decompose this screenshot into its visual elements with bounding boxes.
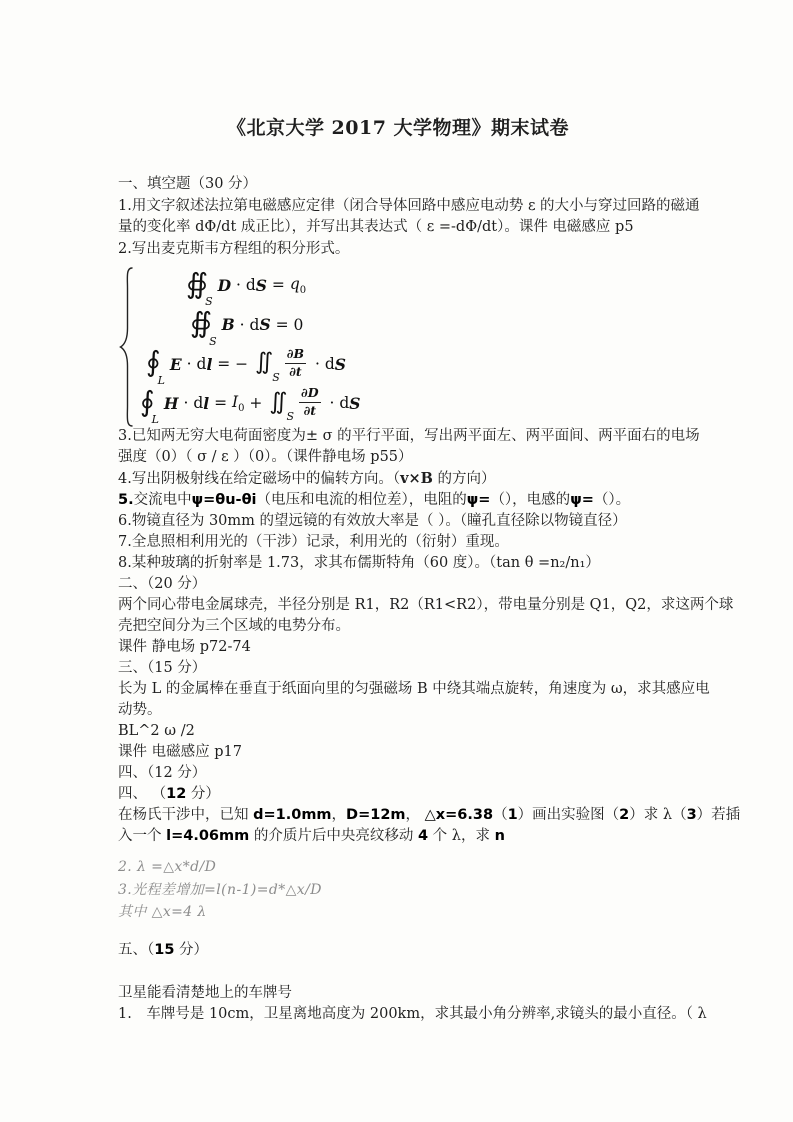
curly-brace-icon (118, 266, 134, 428)
worked-answer-line-3: 其中 △x=4 λ (118, 901, 678, 923)
section-3-line-2: 动势。 (118, 700, 678, 721)
section-4-heading-b: 四、 （12 分） (118, 784, 678, 805)
q6-line: 6.物镜直径为 30mm 的望远镜的有效放大率是（ ）。（瞳孔直径除以物镜直径） (118, 511, 678, 532)
q5-line: 5.交流电中ψ=θu-θi（电压和电流的相位差），电阻的ψ=（），电感的ψ=（）… (118, 490, 678, 511)
worked-answer-line-2: 3.光程差增加=l(n-1)=d*△x/D (118, 879, 678, 901)
q8-line: 8.某种玻璃的折射率是 1.73，求其布儒斯特角（60 度）。（tan θ =n… (118, 553, 678, 574)
section-3-line-1: 长为 L 的金属棒在垂直于纸面向里的匀强磁场 B 中绕其端点旋转，角速度为 ω，… (118, 679, 678, 700)
worked-answer-notes: 2. λ =△x*d/D 3.光程差增加=l(n-1)=d*△x/D 其中 △x… (118, 856, 678, 923)
q4-line: 4.写出阴极射线在给定磁场中的偏转方向。（v×B 的方向） (118, 468, 678, 490)
section-2-courseware-ref: 课件 静电场 p72-74 (118, 637, 678, 658)
maxwell-eq-gauss-electric: ∯SD · dS = q0 (140, 266, 360, 304)
q2-line: 2.写出麦克斯韦方程组的积分形式。 (118, 239, 678, 261)
q7-line: 7.全息照相利用光的（干涉）记录，利用光的（衍射）重现。 (118, 532, 678, 553)
section-1-intro: 一、填空题（30 分） 1.用文字叙述法拉第电磁感应定律（闭合导体回路中感应电动… (118, 174, 678, 260)
maxwell-eq-gauss-magnetic: ∯SB · dS = 0 (140, 306, 360, 344)
section-5-line-2: 1. 车牌号是 10cm，卫星离地高度为 200km，求其最小角分辨率,求镜头的… (118, 1004, 678, 1025)
section-4-heading-a: 四、（12 分） (118, 763, 678, 784)
section-4-line-1: 在杨氏干涉中，已知 d=1.0mm，D=12m， △x=6.38（1）画出实验图… (118, 805, 678, 826)
maxwell-eq-faraday: ∮LE · dl = − ∬S∂B∂t · dS (140, 345, 360, 383)
exam-content: 《北京大学 2017 大学物理》期末试卷 一、填空题（30 分） 1.用文字叙述… (118, 0, 678, 1025)
q1-line-1: 1.用文字叙述法拉第电磁感应定律（闭合导体回路中感应电动势 ε 的大小与穿过回路… (118, 196, 678, 218)
section-4-line-2: 入一个 l=4.06mm 的介质片后中央亮纹移动 4 个 λ，求 n (118, 826, 678, 847)
section-5-body: 卫星能看清楚地上的车牌号 1. 车牌号是 10cm，卫星离地高度为 200km，… (118, 983, 678, 1025)
maxwell-eq-ampere: ∮LH · dl = I0 + ∬S∂D∂t · dS (140, 384, 360, 422)
section-2-heading: 二、（20 分） (118, 574, 678, 595)
q3-line-1: 3.已知两无穷大电荷面密度为± σ 的平行平面，写出两平面左、两平面间、两平面右… (118, 426, 678, 447)
q1-line-2: 量的变化率 dΦ/dt 成正比），并写出其表达式（ ε =-dΦ/dt）。课件 … (118, 217, 678, 239)
section-5-line-1: 卫星能看清楚地上的车牌号 (118, 983, 678, 1004)
section-3-answer: BL^2 ω /2 (118, 721, 678, 742)
worked-answer-line-1: 2. λ =△x*d/D (118, 856, 678, 878)
section-1-heading: 一、填空题（30 分） (118, 174, 678, 196)
section-5-heading-block: 五、（15 分） (118, 940, 678, 961)
section-2-line-2: 壳把空间分为三个区域的电势分布。 (118, 616, 678, 637)
section-2-line-1: 两个同心带电金属球壳，半径分别是 R1，R2（R1<R2），带电量分别是 Q1，… (118, 595, 678, 616)
section-3-courseware-ref: 课件 电磁感应 p17 (118, 742, 678, 763)
exam-page: 《北京大学 2017 大学物理》期末试卷 一、填空题（30 分） 1.用文字叙述… (0, 0, 793, 1122)
section-5-heading: 五、（15 分） (118, 940, 678, 961)
section-3-heading: 三、（15 分） (118, 658, 678, 679)
questions-body: 3.已知两无穷大电荷面密度为± σ 的平行平面，写出两平面左、两平面间、两平面右… (118, 426, 678, 847)
maxwell-equation-list: ∯SD · dS = q0 ∯SB · dS = 0 ∮LE · dl = − … (134, 264, 360, 426)
q3-line-2: 强度（0）（ σ / ε ）（0）。（课件静电场 p55） (118, 447, 678, 468)
exam-title: 《北京大学 2017 大学物理》期末试卷 (118, 114, 678, 142)
maxwell-equations-block: ∯SD · dS = q0 ∯SB · dS = 0 ∮LE · dl = − … (118, 264, 678, 426)
